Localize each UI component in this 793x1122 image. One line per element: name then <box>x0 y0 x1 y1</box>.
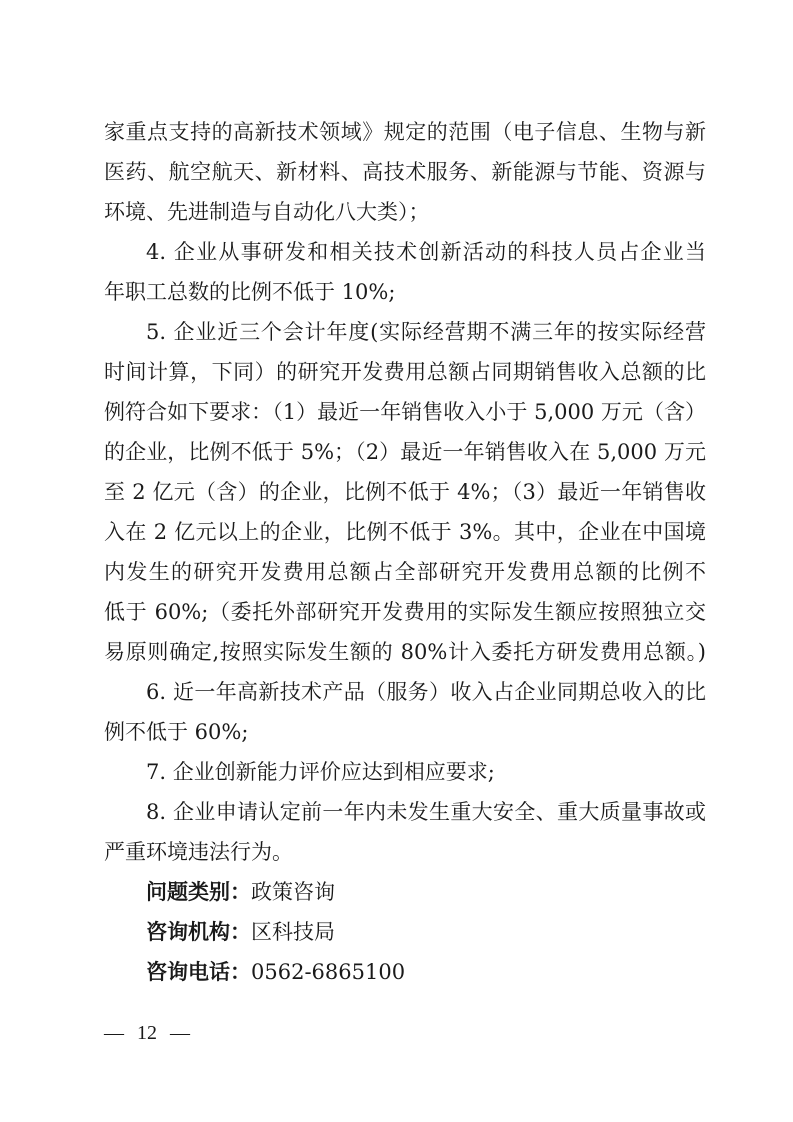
text-line: 时间计算，下同）的研究开发费用总额占同期销售收入总额的比 <box>104 352 706 392</box>
text-line: 环境、先进制造与自动化八大类）； <box>104 192 706 232</box>
info-category-value: 政策咨询 <box>251 880 335 904</box>
text-line: 年职工总数的比例不低于 10%; <box>104 272 706 312</box>
info-phone-value: 0562-6865100 <box>251 960 405 984</box>
text-line: 例不低于 60%; <box>104 712 706 752</box>
item-7-line: 7. 企业创新能力评价应达到相应要求; <box>104 752 706 792</box>
info-phone-label: 咨询电话： <box>146 959 251 984</box>
info-agency: 咨询机构：区科技局 <box>104 912 706 952</box>
info-phone: 咨询电话：0562-6865100 <box>104 952 706 992</box>
text-line: 例符合如下要求：（1）最近一年销售收入小于 5,000 万元（含） <box>104 392 706 432</box>
document-body: 家重点支持的高新技术领域》规定的范围（电子信息、生物与新 医药、航空航天、新材料… <box>104 112 706 992</box>
text-line: 低于 60%;（委托外部研究开发费用的实际发生额应按照独立交 <box>104 592 706 632</box>
info-agency-value: 区科技局 <box>251 920 335 944</box>
text-line: 家重点支持的高新技术领域》规定的范围（电子信息、生物与新 <box>104 112 706 152</box>
info-agency-label: 咨询机构： <box>146 919 251 944</box>
text-line: 严重环境违法行为。 <box>104 832 706 872</box>
page-dash-right: — <box>170 1018 190 1048</box>
item-8-line: 8. 企业申请认定前一年内未发生重大安全、重大质量事故或 <box>104 792 706 832</box>
page-dash-left: — <box>104 1018 124 1048</box>
text-line: 医药、航空航天、新材料、高技术服务、新能源与节能、资源与 <box>104 152 706 192</box>
item-6-line: 6. 近一年高新技术产品（服务）收入占企业同期总收入的比 <box>104 672 706 712</box>
text-line: 至 2 亿元（含）的企业，比例不低于 4%；（3）最近一年销售收 <box>104 472 706 512</box>
item-5-line: 5. 企业近三个会计年度(实际经营期不满三年的按实际经营 <box>104 312 706 352</box>
item-4-line: 4. 企业从事研发和相关技术创新活动的科技人员占企业当 <box>104 232 706 272</box>
page-number: 12 <box>137 1018 157 1048</box>
info-category-label: 问题类别： <box>146 879 251 904</box>
info-category: 问题类别：政策咨询 <box>104 872 706 912</box>
text-line: 内发生的研究开发费用总额占全部研究开发费用总额的比例不 <box>104 552 706 592</box>
text-line: 入在 2 亿元以上的企业，比例不低于 3%。其中，企业在中国境 <box>104 512 706 552</box>
text-line: 的企业，比例不低于 5%；（2）最近一年销售收入在 5,000 万元 <box>104 432 706 472</box>
page-footer: — 12 — <box>104 1018 190 1048</box>
text-line: 易原则确定,按照实际发生额的 80%计入委托方研发费用总额。) <box>104 632 706 672</box>
